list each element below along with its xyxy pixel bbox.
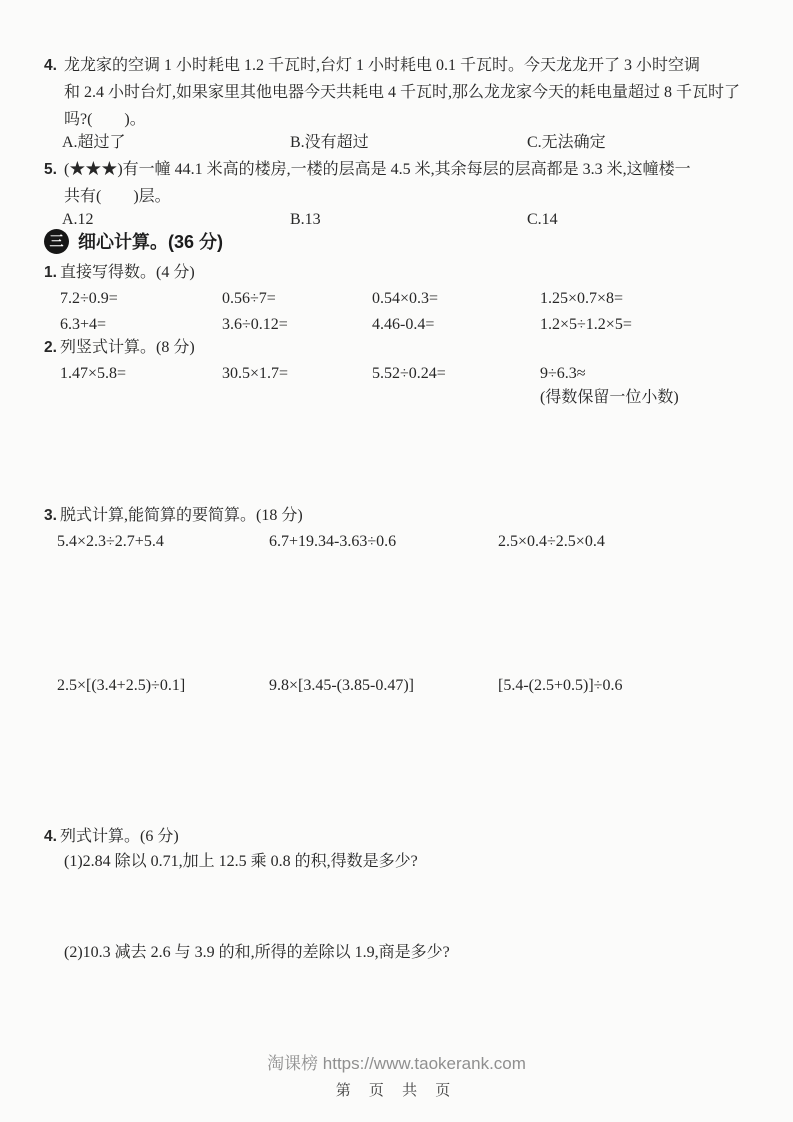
question-4-number: 4. xyxy=(44,52,57,79)
worksheet-page: 4. 龙龙家的空调 1 小时耗电 1.2 千瓦时,台灯 1 小时耗电 0.1 千… xyxy=(0,0,793,1122)
expression: 9.8×[3.45-(3.85-0.47)] xyxy=(269,674,498,698)
equation: 1.2×5÷1.2×5= xyxy=(540,313,774,337)
calc-part-3-title-row: 3. 脱式计算,能简算的要简算。(18 分) xyxy=(60,504,774,528)
question-4-text: 龙龙家的空调 1 小时耗电 1.2 千瓦时,台灯 1 小时耗电 0.1 千瓦时。… xyxy=(64,52,764,133)
question-4-option-a: A.超过了 xyxy=(62,131,290,155)
equation: 30.5×1.7= xyxy=(222,362,372,386)
question-4-line-2: 和 2.4 小时台灯,如果家里其他电器今天共耗电 4 千瓦时,那么龙龙家今天的耗… xyxy=(64,79,764,106)
equation: 1.47×5.8= xyxy=(60,362,222,386)
question-5-line-2: 共有( )层。 xyxy=(64,183,764,210)
calc-part-3: 3. 脱式计算,能简算的要简算。(18 分) 5.4×2.3÷2.7+5.4 6… xyxy=(44,504,774,554)
question-5: 5. (★★★)有一幢 44.1 米高的楼房,一楼的层高是 4.5 米,其余每层… xyxy=(44,156,764,232)
calc-part-3-row-2-block: 2.5×[(3.4+2.5)÷0.1] 9.8×[3.45-(3.85-0.47… xyxy=(44,674,774,698)
section-header-calculation: 三 细心计算。(36 分) xyxy=(44,228,223,254)
equation: 5.52÷0.24= xyxy=(372,362,540,386)
calc-part-4-title-row: 4. 列式计算。(6 分) xyxy=(60,825,774,849)
calc-part-3-number: 3. xyxy=(44,504,57,528)
footer-page-label: 第 页 共 页 xyxy=(0,1081,793,1101)
question-5-line-1: (★★★)有一幢 44.1 米高的楼房,一楼的层高是 4.5 米,其余每层的层高… xyxy=(64,156,764,183)
calc-part-4-title: 列式计算。(6 分) xyxy=(60,828,179,845)
calc-part-2-title: 列竖式计算。(8 分) xyxy=(60,339,195,356)
word-problem-1: (1)2.84 除以 0.71,加上 12.5 乘 0.8 的积,得数是多少? xyxy=(64,850,793,874)
word-problem-2: (2)10.3 减去 2.6 与 3.9 的和,所得的差除以 1.9,商是多少? xyxy=(64,941,450,965)
equation: 0.54×0.3= xyxy=(372,287,540,311)
calc-part-4: 4. 列式计算。(6 分) (1)2.84 除以 0.71,加上 12.5 乘 … xyxy=(44,825,774,874)
section-title: 细心计算。(36 分) xyxy=(78,228,223,254)
equation: 9÷6.3≈ xyxy=(540,362,774,386)
calc-part-4-number: 4. xyxy=(44,825,57,849)
footer-site-watermark: 淘课榜 https://www.taokerank.com xyxy=(0,1053,793,1075)
question-4-options: A.超过了 B.没有超过 C.无法确定 xyxy=(62,131,764,155)
equation: 7.2÷0.9= xyxy=(60,287,222,311)
calc-part-2-title-row: 2. 列竖式计算。(8 分) xyxy=(60,336,774,360)
calc-part-1-title: 直接写得数。(4 分) xyxy=(60,264,195,281)
equation: 4.46-0.4= xyxy=(372,313,540,337)
rounding-note: (得数保留一位小数) xyxy=(540,386,774,410)
expression: 2.5×0.4÷2.5×0.4 xyxy=(498,530,774,554)
expression: [5.4-(2.5+0.5)]÷0.6 xyxy=(498,674,774,698)
section-three-icon: 三 xyxy=(44,229,69,254)
question-5-number: 5. xyxy=(44,156,57,183)
calc-part-2: 2. 列竖式计算。(8 分) 1.47×5.8= 30.5×1.7= 5.52÷… xyxy=(44,336,774,410)
question-4-option-b: B.没有超过 xyxy=(290,131,527,155)
calc-part-1: 1. 直接写得数。(4 分) 7.2÷0.9= 0.56÷7= 0.54×0.3… xyxy=(44,261,774,337)
calc-part-2-number: 2. xyxy=(44,336,57,360)
calc-part-3-row-2: 2.5×[(3.4+2.5)÷0.1] 9.8×[3.45-(3.85-0.47… xyxy=(57,674,774,698)
calc-part-3-row-1: 5.4×2.3÷2.7+5.4 6.7+19.34-3.63÷0.6 2.5×0… xyxy=(57,530,774,554)
calc-part-2-row: 1.47×5.8= 30.5×1.7= 5.52÷0.24= 9÷6.3≈ xyxy=(60,362,774,386)
expression: 6.7+19.34-3.63÷0.6 xyxy=(269,530,498,554)
equation: 3.6÷0.12= xyxy=(222,313,372,337)
calc-part-1-row-2: 6.3+4= 3.6÷0.12= 4.46-0.4= 1.2×5÷1.2×5= xyxy=(60,313,774,337)
question-4: 4. 龙龙家的空调 1 小时耗电 1.2 千瓦时,台灯 1 小时耗电 0.1 千… xyxy=(44,52,764,155)
equation: 6.3+4= xyxy=(60,313,222,337)
question-5-option-c: C.14 xyxy=(527,208,764,232)
calc-part-1-title-row: 1. 直接写得数。(4 分) xyxy=(60,261,774,285)
calc-part-1-number: 1. xyxy=(44,261,57,285)
question-4-line-3: 吗?( )。 xyxy=(64,106,764,133)
equation: 1.25×0.7×8= xyxy=(540,287,774,311)
calc-part-1-row-1: 7.2÷0.9= 0.56÷7= 0.54×0.3= 1.25×0.7×8= xyxy=(60,287,774,311)
question-5-option-b: B.13 xyxy=(290,208,527,232)
expression: 2.5×[(3.4+2.5)÷0.1] xyxy=(57,674,269,698)
expression: 5.4×2.3÷2.7+5.4 xyxy=(57,530,269,554)
equation: 0.56÷7= xyxy=(222,287,372,311)
question-4-line-1: 龙龙家的空调 1 小时耗电 1.2 千瓦时,台灯 1 小时耗电 0.1 千瓦时。… xyxy=(64,52,764,79)
calc-part-3-title: 脱式计算,能简算的要简算。(18 分) xyxy=(60,507,303,524)
question-4-option-c: C.无法确定 xyxy=(527,131,764,155)
question-5-text: (★★★)有一幢 44.1 米高的楼房,一楼的层高是 4.5 米,其余每层的层高… xyxy=(64,156,764,210)
